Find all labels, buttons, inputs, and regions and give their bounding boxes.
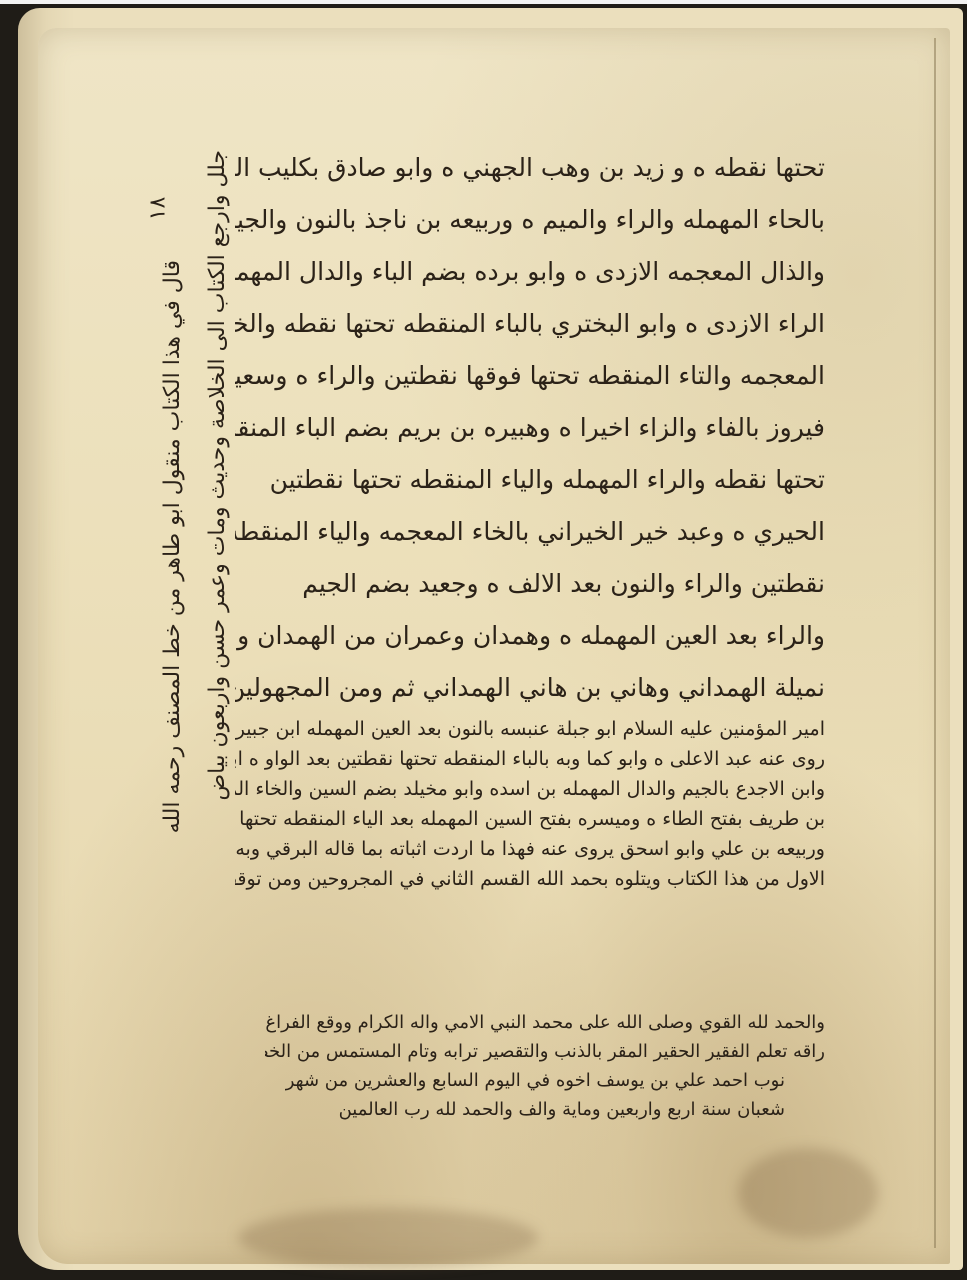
- text-line: والذال المعجمه الازدى ه وابو برده بضم ال…: [235, 246, 825, 298]
- colophon-line: والحمد لله القوي وصلى الله على محمد النب…: [265, 1008, 825, 1037]
- text-line: فيروز بالفاء والزاء اخيرا ه وهبيره بن بر…: [235, 402, 825, 454]
- margin-note-right: جلل وارجع الكتاب الى الخلاصة وحديث ومات …: [205, 150, 230, 1080]
- colophon-line: نوب احمد علي بن يوسف اخوه في اليوم الساب…: [265, 1066, 825, 1095]
- text-line: وابن الاجدع بالجيم والدال المهمله بن اسد…: [235, 774, 825, 804]
- text-line: بن طريف بفتح الطاء ه وميسره بفتح السين ا…: [235, 804, 825, 834]
- folio-number: ١٨: [145, 197, 170, 221]
- water-stain: [238, 1208, 538, 1268]
- text-line: الراء الازدى ه وابو البختري بالباء المنق…: [235, 298, 825, 350]
- text-line: بالحاء المهمله والراء والميم ه وربيعه بن…: [235, 194, 825, 246]
- text-line: المعجمه والتاء المنقطه تحتها فوقها نقطتي…: [235, 350, 825, 402]
- colophon-line: شعبان سنة اربع واربعين وماية والف والحمد…: [265, 1095, 825, 1124]
- text-line: والراء بعد العين المهمله ه وهمدان وعمران…: [235, 610, 825, 662]
- text-line: تحتها نقطه ه و زيد بن وهب الجهني ه وابو …: [235, 142, 825, 194]
- colophon-line: راقه تعلم الفقير الحقير المقر بالذنب وال…: [265, 1037, 825, 1066]
- margin-note-left: قال في هذا الكتاب منقول ابو طاهر من خط ا…: [160, 260, 185, 1060]
- text-line: نقطتين والراء والنون بعد الالف ه وجعيد ب…: [235, 558, 825, 610]
- text-line: تحتها نقطه والراء المهمله والياء المنقطه…: [235, 454, 825, 506]
- text-line: وربيعه بن علي وابو اسحق يروى عنه فهذا ما…: [235, 834, 825, 864]
- main-text-block: تحتها نقطه ه و زيد بن وهب الجهني ه وابو …: [235, 142, 825, 894]
- colophon: والحمد لله القوي وصلى الله على محمد النب…: [265, 1008, 825, 1124]
- text-line: الاول من هذا الكتاب ويتلوه بحمد الله الق…: [235, 864, 825, 894]
- water-stain: [738, 1148, 878, 1238]
- text-line: امير المؤمنين عليه السلام ابو جبلة عنبسه…: [235, 714, 825, 744]
- page-gutter-rule: [934, 38, 936, 1248]
- top-strip: [0, 0, 967, 4]
- text-line: روى عنه عبد الاعلى ه وابو كما وبه بالباء…: [235, 744, 825, 774]
- text-line: نميلة الهمداني وهاني بن هاني الهمداني ثم…: [235, 662, 825, 714]
- text-line: الحيري ه وعبد خير الخيراني بالخاء المعجم…: [235, 506, 825, 558]
